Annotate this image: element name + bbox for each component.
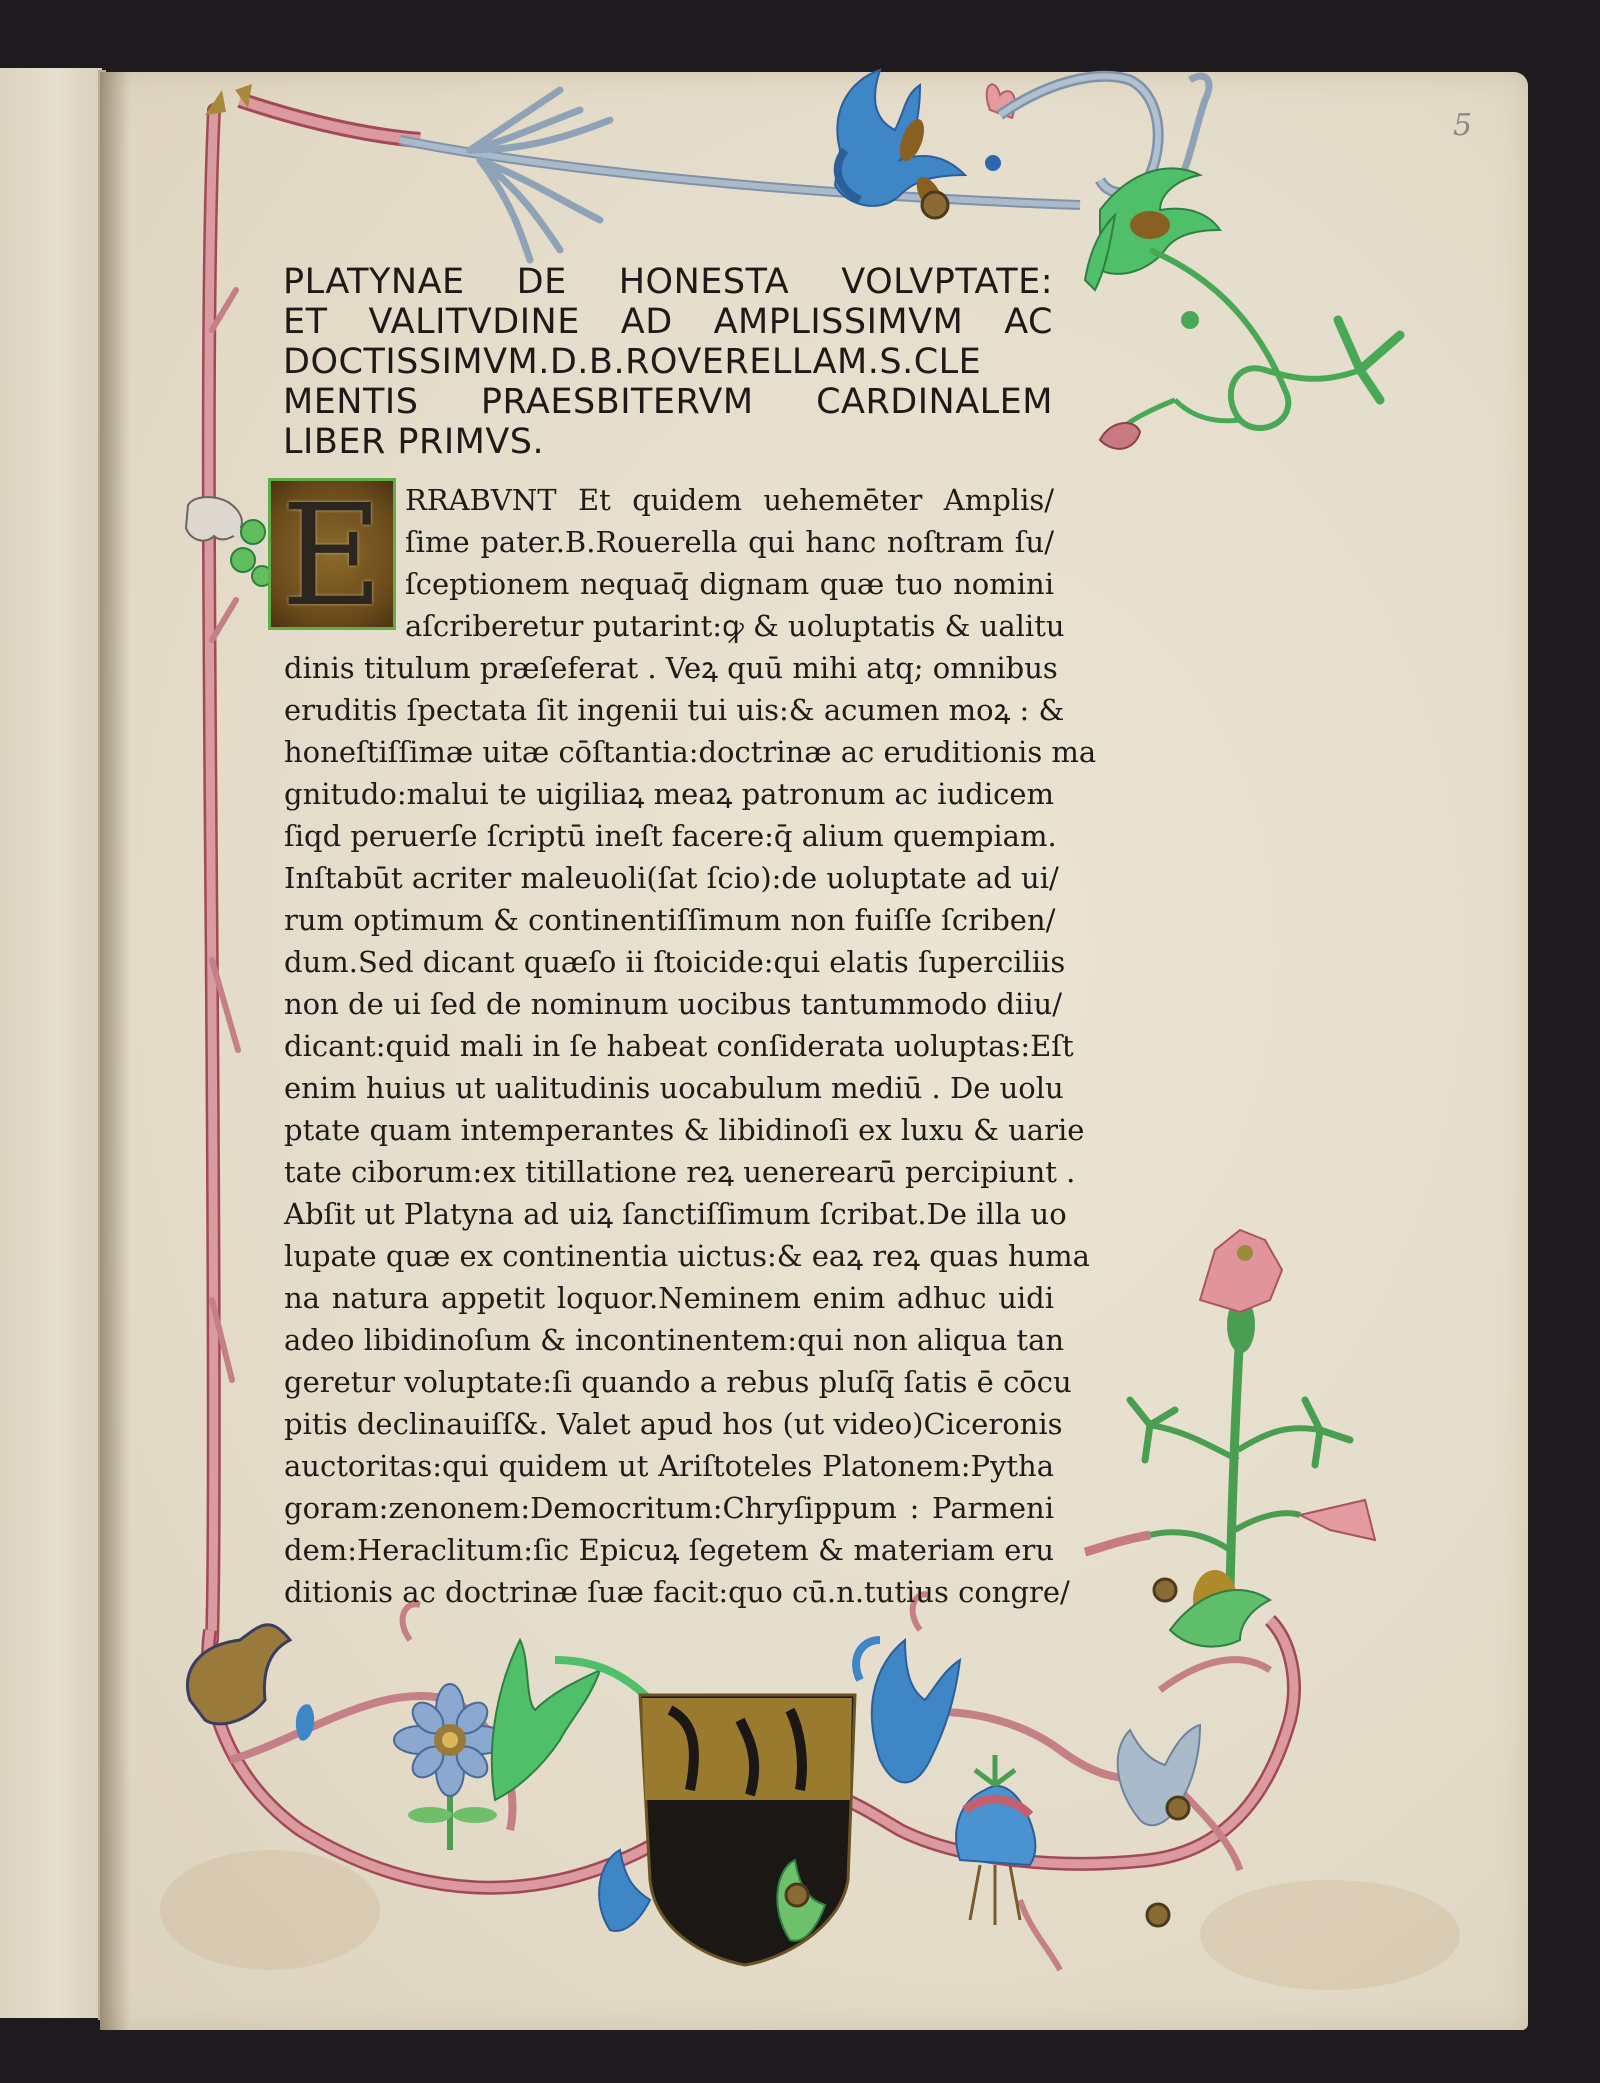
text-line: aſcriberetur putarint:ꝙ & uoluptatis & u… [405,606,1054,646]
text-line: honeſtiſſimæ uitæ cōſtantia:doctrinæ ac … [284,732,1054,772]
title-line: PLATYNAE DE HONESTA VOLVPTATE: [283,262,1053,302]
text-line: rum optimum & continentiſſimum non fuiſſ… [284,900,1054,940]
text-line: Abſit ut Platyna ad uiꝝ ſanctiſſimum ſcr… [284,1194,1054,1234]
text-line: dicant:quid mali in ſe habeat conſiderat… [284,1026,1054,1066]
bell-flower [956,1755,1035,1925]
illuminated-initial: E [268,478,396,630]
text-line: adeo libidinoſum & incontinentem:qui non… [284,1320,1054,1360]
text-line: goram:zenonem:Democritum:Chryſippum : Pa… [284,1488,1054,1528]
title-line: LIBER PRIMVS. [283,422,544,462]
carnation-flower [1085,1230,1375,1590]
text-line: dum.Sed dicant quæſo ii ſtoicide:qui ela… [284,942,1054,982]
text-line: ditionis ac doctrinæ ſuæ facit:quo cū.n.… [284,1572,1054,1612]
initial-letter: E [271,475,393,638]
text-line: geretur voluptate:ſi quando a rebus pluſ… [284,1362,1054,1402]
title-line: DOCTISSIMVM.D.B.ROVERELLAM.S.CLE [283,342,1053,382]
text-line: na natura appetit loquor.Neminem enim ad… [284,1278,1054,1318]
text-line: ſime pater.B.Rouerella qui hanc noſtram … [405,522,1054,562]
text-line: non de ui ſed de nominum uocibus tantumm… [284,984,1054,1024]
daisy-flower [394,1684,506,1850]
text-line: dinis titulum præſeferat . Veꝝ quū mihi … [284,648,1054,688]
text-line: lupate quæ ex continentia uictus:& eaꝝ r… [284,1236,1054,1276]
text-line: ptate quam intemperantes & libidinoſi ex… [284,1110,1054,1150]
title-line: ET VALITVDINE AD AMPLISSIMVM AC [283,302,1053,342]
text-line: enim huius ut ualitudinis uocabulum medi… [284,1068,1054,1108]
coat-of-arms-shield [640,1695,855,1965]
text-line: eruditis ſpectata ſit ingenii tui uis:& … [284,690,1054,730]
text-line: pitis declinauiſſ&. Valet apud hos (ut v… [284,1404,1054,1444]
text-line: Inſtabūt acriter maleuoli(ſat ſcio):de u… [284,858,1054,898]
gold-ring [922,192,948,218]
text-line: RRABVNT Et quidem uehemēter Amplis/ [405,480,1054,520]
text-line: gnitudo:malui te uigiliaꝝ meaꝝ patronum … [284,774,1054,814]
text-line: ſiqd peruerſe ſcriptū ineſt facere:q̄ al… [284,816,1054,856]
text-line: ſceptionem nequaq̄ dignam quæ tuo nomini [405,564,1054,604]
left-vine-stem [209,110,238,1640]
title-line: MENTIS PRAESBITERVM CARDINALEM [283,382,1053,422]
text-line: tate ciborum:ex titillatione reꝝ uenerea… [284,1152,1054,1192]
gold-tip [205,90,226,115]
text-line: dem:Heraclitum:ſic Epicuꝝ ſegetem & mate… [284,1530,1054,1570]
text-line: auctoritas:qui quidem ut Ariſtoteles Pla… [284,1446,1054,1486]
